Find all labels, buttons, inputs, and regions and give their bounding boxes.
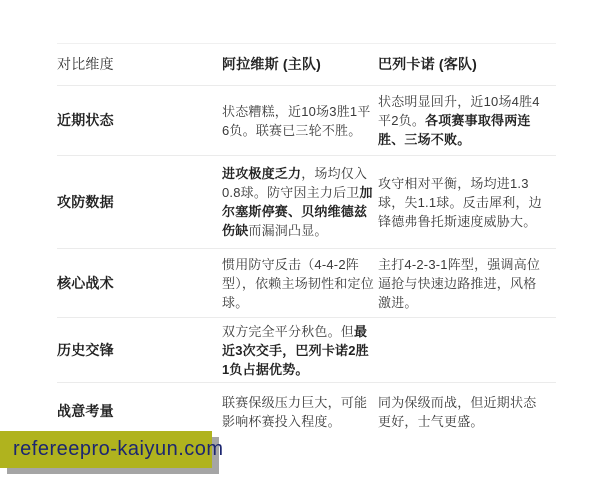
text-segment: 主打4-2-3-1阵型，强调高位逼抢与快速边路推进，风格激进。	[378, 257, 540, 310]
row-dimension-label: 核心战术	[57, 249, 222, 318]
watermark-banner[interactable]: refereepro-kaiyun.com	[0, 431, 212, 468]
row-dimension-label: 历史交锋	[57, 318, 222, 383]
home-team-cell: 双方完全平分秋色。但最近3次交手，巴列卡诺2胜1负占据优势。	[222, 318, 378, 383]
text-segment: 联赛保级压力巨大，可能影响杯赛投入程度。	[222, 395, 367, 429]
text-segment: 进攻极度乏力	[222, 166, 301, 181]
text-segment: 惯用防守反击（4-4-2阵型），依赖主场韧性和定位球。	[222, 257, 374, 310]
table-row: 历史交锋双方完全平分秋色。但最近3次交手，巴列卡诺2胜1负占据优势。	[57, 318, 556, 383]
row-dimension-label: 近期状态	[57, 86, 222, 156]
table-row: 近期状态状态糟糕，近10场3胜1平6负。联赛已三轮不胜。状态明显回升，近10场4…	[57, 86, 556, 156]
home-team-cell: 惯用防守反击（4-4-2阵型），依赖主场韧性和定位球。	[222, 249, 378, 318]
away-team-cell: 状态明显回升，近10场4胜4平2负。各项赛事取得两连胜、三场不败。	[378, 86, 556, 156]
away-team-cell	[378, 318, 556, 383]
away-team-cell: 同为保级而战，但近期状态更好，士气更盛。	[378, 383, 556, 441]
text-segment: 双方完全平分秋色。但	[222, 324, 354, 339]
text-segment: 而漏洞凸显。	[248, 223, 327, 238]
away-team-cell: 攻守相对平衡，场均进1.3球，失1.1球。反击犀利，边锋德弗鲁托斯速度威胁大。	[378, 156, 556, 249]
text-segment: 同为保级而战，但近期状态更好，士气更盛。	[378, 395, 536, 429]
table-body: 近期状态状态糟糕，近10场3胜1平6负。联赛已三轮不胜。状态明显回升，近10场4…	[57, 86, 556, 441]
table-row: 核心战术惯用防守反击（4-4-2阵型），依赖主场韧性和定位球。主打4-2-3-1…	[57, 249, 556, 318]
text-segment: 攻守相对平衡，场均进1.3球，失1.1球。反击犀利，边锋德弗鲁托斯速度威胁大。	[378, 176, 542, 229]
home-team-cell: 联赛保级压力巨大，可能影响杯赛投入程度。	[222, 383, 378, 441]
table-row: 攻防数据进攻极度乏力，场均仅入0.8球。防守因主力后卫加尔塞斯停赛、贝纳维德兹伤…	[57, 156, 556, 249]
watermark-text: refereepro-kaiyun.com	[13, 438, 224, 461]
comparison-page: 对比维度 阿拉维斯 (主队) 巴列卡诺 (客队) 近期状态状态糟糕，近10场3胜…	[0, 0, 600, 480]
header-away-team: 巴列卡诺 (客队)	[378, 44, 556, 86]
home-team-cell: 状态糟糕，近10场3胜1平6负。联赛已三轮不胜。	[222, 86, 378, 156]
team-comparison-table: 对比维度 阿拉维斯 (主队) 巴列卡诺 (客队) 近期状态状态糟糕，近10场3胜…	[57, 43, 556, 441]
home-team-cell: 进攻极度乏力，场均仅入0.8球。防守因主力后卫加尔塞斯停赛、贝纳维德兹伤缺而漏洞…	[222, 156, 378, 249]
table-header-row: 对比维度 阿拉维斯 (主队) 巴列卡诺 (客队)	[57, 44, 556, 86]
row-dimension-label: 攻防数据	[57, 156, 222, 249]
text-segment: 状态糟糕，近10场3胜1平6负。联赛已三轮不胜。	[222, 104, 371, 138]
header-home-team: 阿拉维斯 (主队)	[222, 44, 378, 86]
header-dimension-column: 对比维度	[57, 44, 222, 86]
away-team-cell: 主打4-2-3-1阵型，强调高位逼抢与快速边路推进，风格激进。	[378, 249, 556, 318]
